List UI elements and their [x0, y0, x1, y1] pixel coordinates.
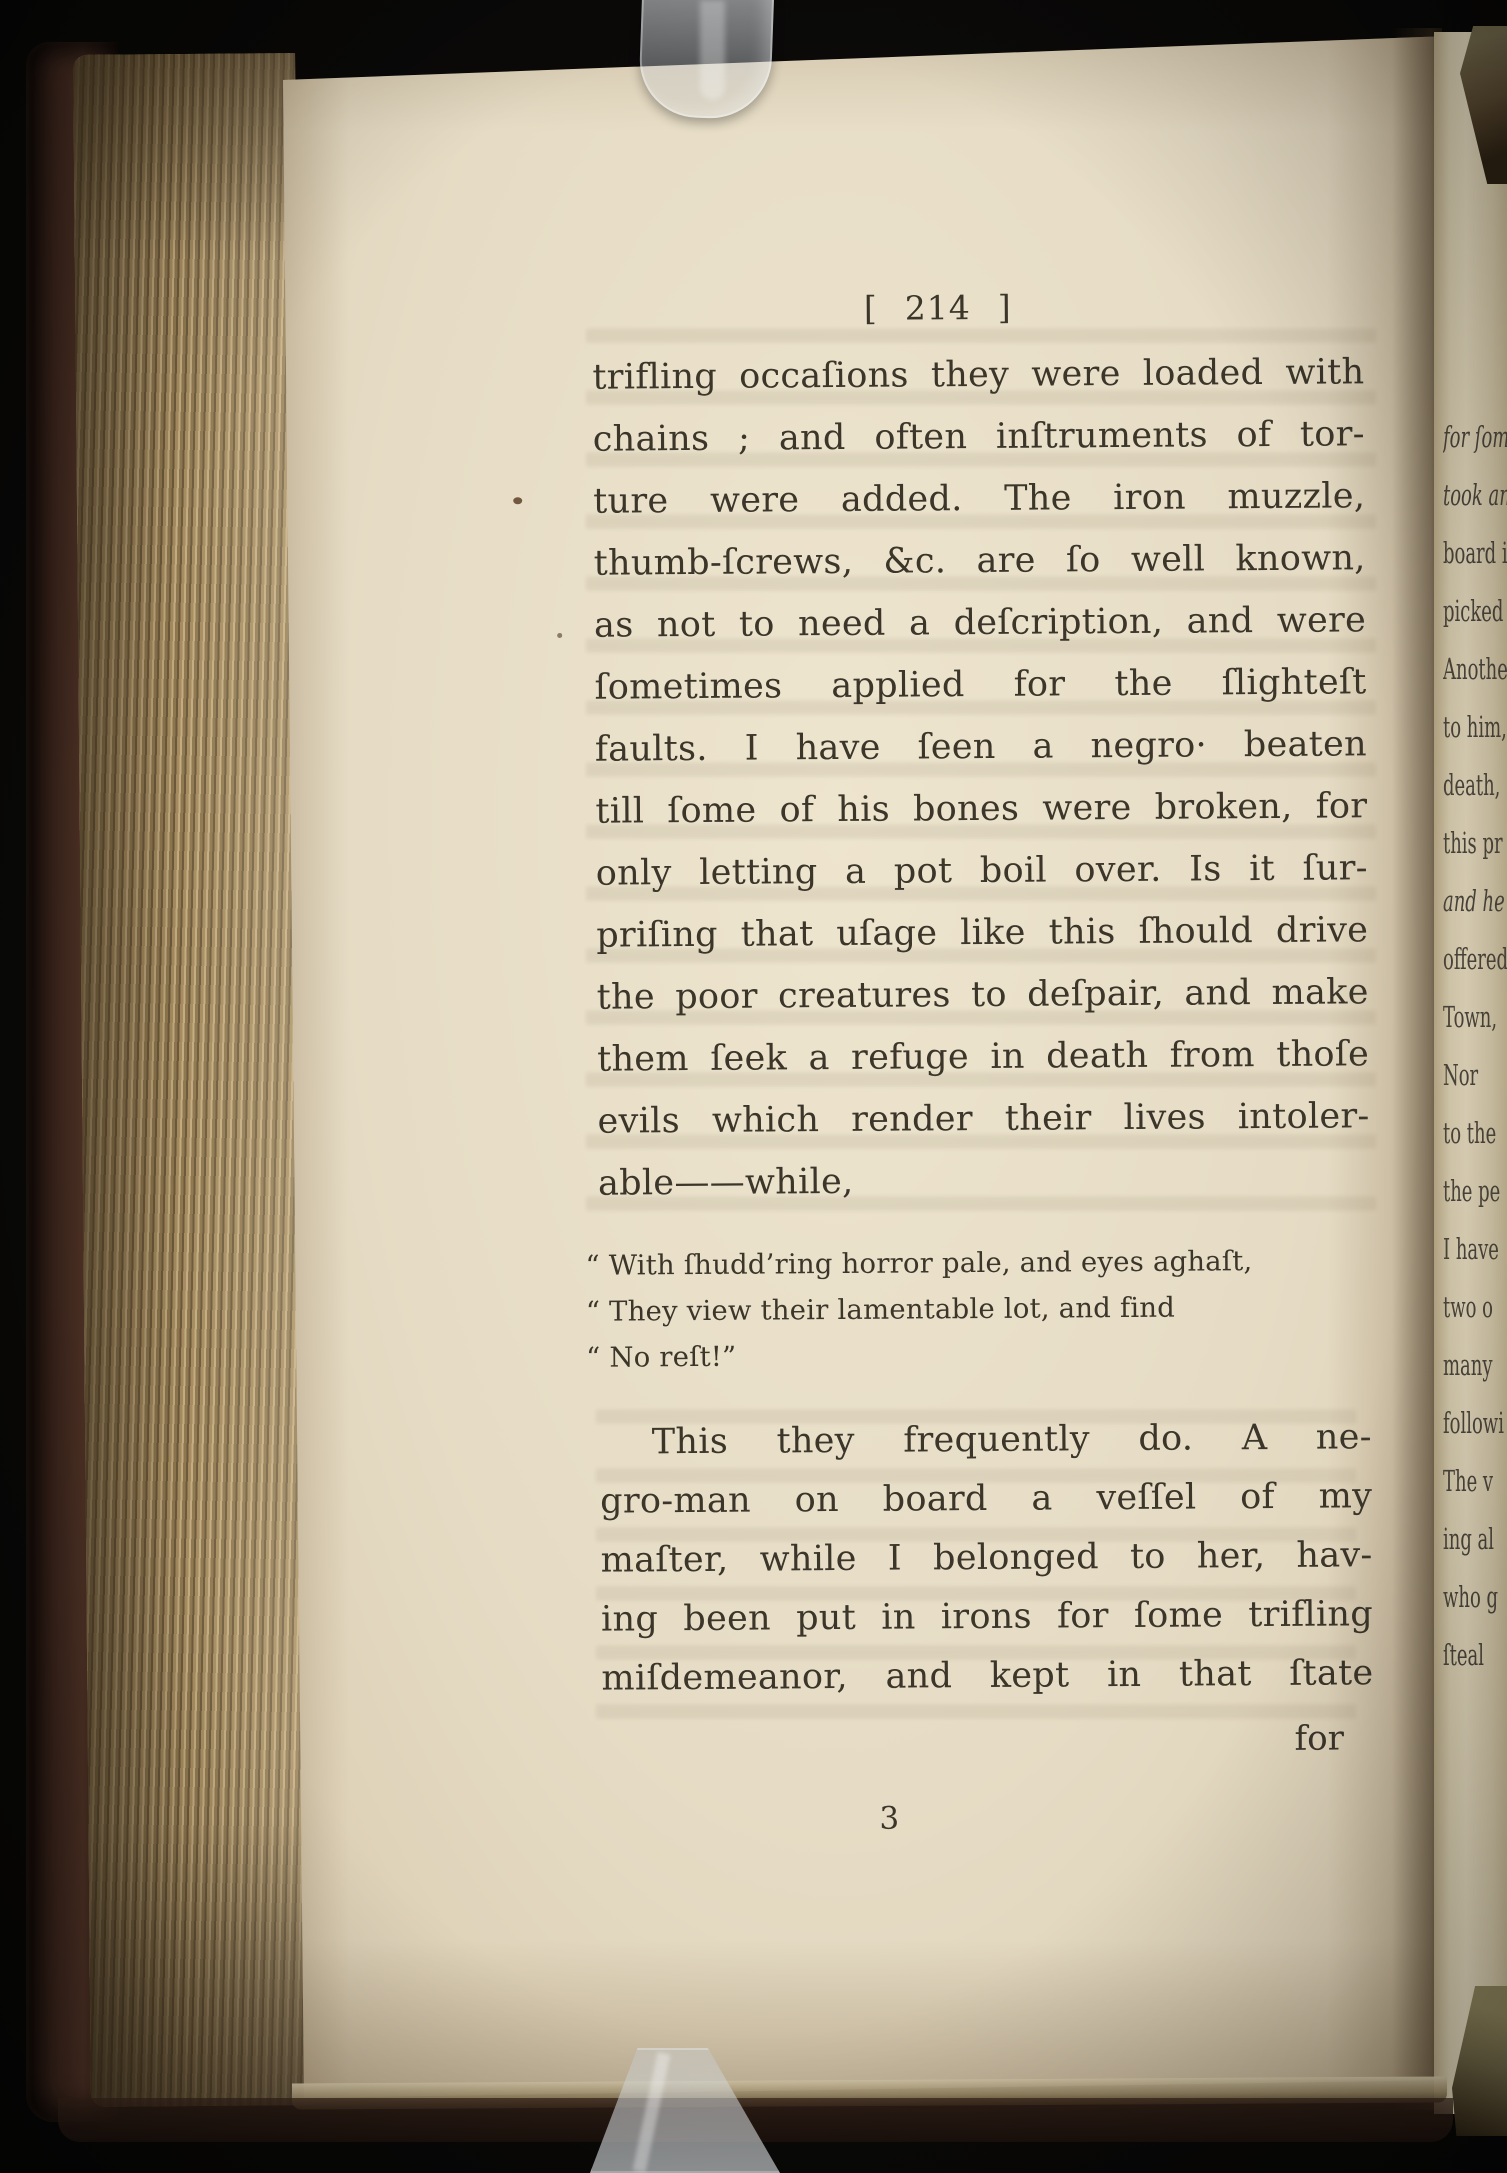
catchword: for — [602, 1709, 1344, 1772]
header-right-bracket: ] — [998, 286, 1012, 330]
text-line: ſometimes applied for the ſlighteſt — [594, 651, 1366, 718]
text-line: This they frequently do. A ne- — [600, 1408, 1372, 1472]
ink-speck — [557, 633, 562, 638]
paragraph: trifling occaſions they were loaded with… — [592, 341, 1370, 1214]
verse-line: “ They view their lamentable lot, and fi… — [586, 1283, 1376, 1335]
verse-line: “ No reſt!” — [586, 1329, 1376, 1381]
scanner-clip-top-highlight — [700, 0, 725, 100]
verse-line: “ With ſhudd’ring horror pale, and eyes … — [585, 1237, 1375, 1289]
text-line: them ſeek a refuge in death from thoſe — [597, 1023, 1369, 1090]
text-line: ing been put in irons for ſome trifling — [601, 1585, 1373, 1649]
text-line: gro-man on board a veſſel of my — [600, 1467, 1372, 1531]
text-line: as not to need a deſcription, and were — [594, 589, 1366, 656]
text-line: able——while, — [598, 1147, 1370, 1214]
ink-speck — [513, 497, 522, 504]
text-line: only letting a pot boil over. Is it ſur- — [596, 837, 1368, 904]
page-header: [ 214 ] — [864, 286, 1012, 331]
page-text: [ 214 ] trifling occaſions they were loa… — [0, 0, 1507, 2173]
text-line: trifling occaſions they were loaded with — [592, 341, 1364, 408]
text-line: the poor creatures to deſpair, and make — [596, 961, 1368, 1028]
text-line: faults. I have ſeen a negro· beaten — [595, 713, 1367, 780]
verse-quotation: “ With ſhudd’ring horror pale, and eyes … — [585, 1237, 1376, 1381]
header-left-bracket: [ — [864, 287, 878, 331]
paragraph: This they frequently do. A ne- gro-man o… — [600, 1408, 1374, 1708]
text-line: miſdemeanor, and kept in that ſtate — [601, 1644, 1373, 1708]
book-scan-photo: for ſom took an board in picked Another … — [0, 0, 1507, 2173]
text-line: ture were added. The iron muzzle, — [593, 465, 1365, 532]
text-line: till ſome of his bones were broken, for — [595, 775, 1367, 842]
text-line: maſter, while I belonged to her, hav- — [600, 1526, 1372, 1590]
text-line: thumb-ſcrews, &c. are ſo well known, — [593, 527, 1365, 594]
text-line: chains ; and often inſtruments of tor- — [593, 403, 1365, 470]
text-line: evils which render their lives intoler- — [597, 1085, 1369, 1152]
signature-mark: 3 — [879, 1799, 899, 1839]
page-number: 214 — [905, 286, 971, 330]
text-line: priſing that uſage like this ſhould driv… — [596, 899, 1368, 966]
